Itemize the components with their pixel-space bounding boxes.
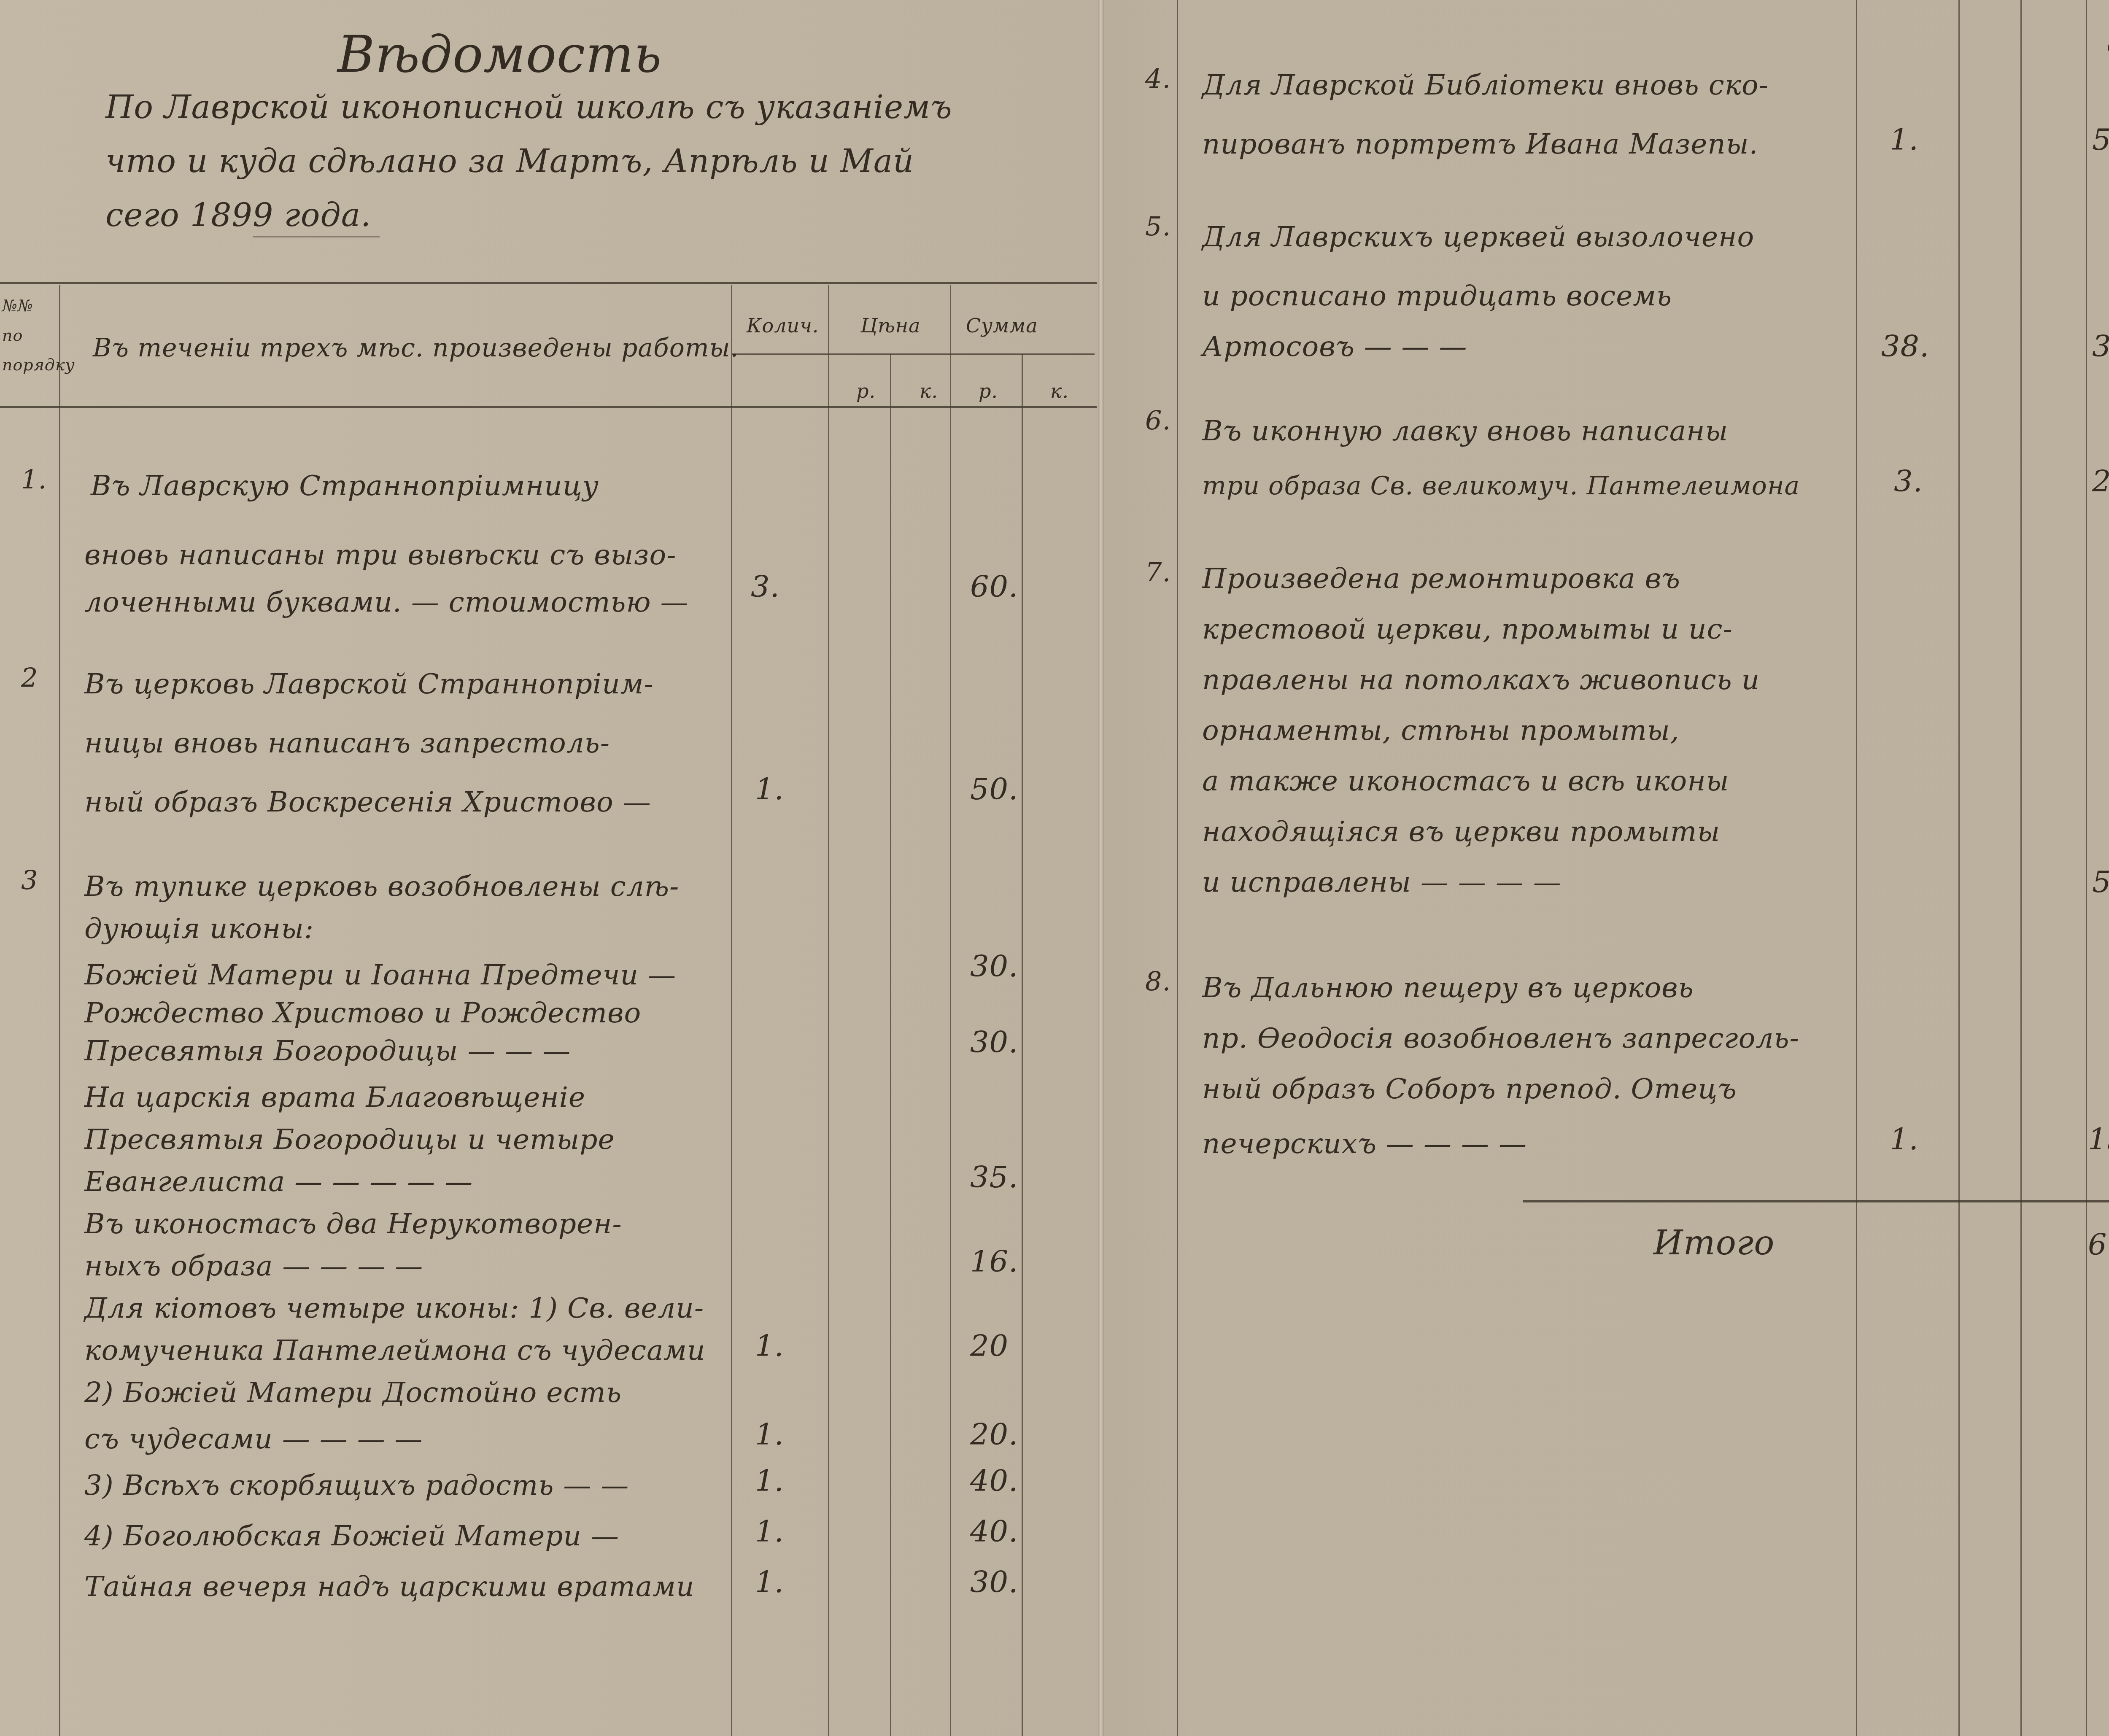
row-1-number: 1.	[21, 464, 47, 495]
r-col-rule-number	[1177, 0, 1178, 1736]
page-number: 8	[2107, 25, 2109, 60]
binding-fold	[1098, 0, 1104, 1736]
row-1-sum-r: 60.	[970, 569, 1018, 604]
row-3-sub-8-qty: 1.	[755, 1514, 784, 1549]
total-rule	[1523, 1200, 2109, 1202]
row-6-sum-r: 21.	[2092, 464, 2109, 499]
row-7-line-7: и исправлены — — — —	[1202, 848, 1562, 917]
r-col-rule-qty	[1856, 0, 1857, 1736]
row-6-qty: 3.	[1894, 464, 1923, 499]
row-3-sub-9-qty: 1.	[755, 1565, 784, 1599]
row-7-sum-r: 50.	[2092, 865, 2109, 899]
row-6-number: 6.	[1145, 405, 1171, 436]
col-header-number: №№ по порядку	[2, 291, 57, 380]
col-header-price-rubles: р.	[856, 380, 876, 402]
row-1-line-1: Въ Лаврскую Страннопріимницу	[91, 451, 599, 520]
header-top-rule	[0, 282, 1097, 284]
col-header-sum-kopecks: к.	[1050, 380, 1069, 402]
col-rule-number	[59, 285, 60, 1736]
subtitle-line-2: что и куда сдѣлано за Мартъ, Апрѣль и Ма…	[105, 134, 914, 188]
title-flourish	[253, 236, 380, 237]
row-3-sub-6-sum-r: 20.	[970, 1417, 1018, 1452]
row-3-sub-5-qty: 1.	[755, 1329, 784, 1363]
row-5-number: 5.	[1145, 211, 1171, 242]
row-2-number: 2	[21, 662, 38, 693]
r-col-rule-price	[1958, 0, 1960, 1736]
col-header-quantity: Колич.	[747, 314, 819, 337]
row-3-sub-3-sum-r: 35.	[970, 1160, 1018, 1194]
header-bottom-rule	[0, 406, 1097, 408]
row-3-sub-8-sum-r: 40.	[970, 1514, 1018, 1549]
col-rule-sum	[950, 285, 951, 1736]
row-6-line-2: три образа Св. великомуч. Пантелеимона	[1202, 451, 1800, 520]
row-4-number: 4.	[1145, 63, 1171, 94]
row-8-line-4: печерскихъ — — — —	[1202, 1109, 1527, 1178]
row-4-sum-r: 50.	[2092, 122, 2109, 157]
col-header-price: Цѣна	[860, 314, 920, 337]
row-1-line-3: лоченными буквами. — стоимостью —	[84, 568, 689, 637]
row-4-qty: 1.	[1890, 122, 1919, 157]
col-header-price-kopecks: к.	[920, 380, 938, 402]
row-3-sub-1-sum-r: 30.	[970, 949, 1018, 984]
col-header-sum-rubles: р.	[979, 380, 998, 402]
total-label: Итого	[1653, 1223, 1775, 1262]
row-4-line-2: пированъ портретъ Ивана Мазепы.	[1202, 110, 1758, 179]
col-rule-sum-k	[1022, 354, 1023, 1736]
row-3-sub-9-line-1: Тайная вечеря надъ царскими вратами	[84, 1552, 694, 1621]
row-5-line-3: Артосовъ — — —	[1202, 312, 1467, 381]
col-rule-price-k	[890, 354, 891, 1736]
header-sub-rule	[732, 353, 1095, 355]
row-3-sub-5-sum-r: 20	[970, 1329, 1009, 1363]
col-header-description: Въ теченіи трехъ мѣс. произведены работы…	[93, 333, 739, 363]
subtitle-line-1: По Лаврской иконописной школѣ съ указані…	[105, 80, 952, 134]
subtitle-line-3: сего 1899 года.	[105, 188, 371, 242]
row-3-sub-4-sum-r: 16.	[970, 1244, 1018, 1279]
row-2-qty: 1.	[755, 772, 784, 806]
row-5-qty: 38.	[1881, 329, 1929, 364]
row-3-sub-7-qty: 1.	[755, 1464, 784, 1498]
row-7-number: 7.	[1145, 557, 1171, 588]
row-8-sum-r: 150.	[2088, 1122, 2109, 1156]
row-2-sum-r: 50.	[970, 772, 1018, 806]
row-8-qty: 1.	[1890, 1122, 1919, 1156]
row-3-sub-2-sum-r: 30.	[970, 1025, 1018, 1059]
row-3-sub-7-sum-r: 40.	[970, 1464, 1018, 1498]
row-3-sub-9-sum-r: 30.	[970, 1565, 1018, 1599]
r-col-rule-price-k	[2020, 0, 2022, 1736]
total-sum-r: 679.	[2088, 1227, 2109, 1262]
col-rule-qty	[731, 285, 732, 1736]
row-2-line-3: ный образъ Воскресенія Христово —	[84, 768, 651, 837]
row-3-number: 3	[21, 865, 38, 895]
col-rule-price	[828, 285, 829, 1736]
row-8-number: 8.	[1145, 966, 1171, 997]
r-col-rule-sum	[2086, 0, 2087, 1736]
document-title: Вѣдомость	[337, 25, 662, 84]
col-header-sum: Сумма	[966, 314, 1038, 337]
row-5-sum-r: 37	[2092, 329, 2109, 364]
row-3-sub-6-qty: 1.	[755, 1417, 784, 1452]
row-1-qty: 3.	[751, 569, 780, 604]
